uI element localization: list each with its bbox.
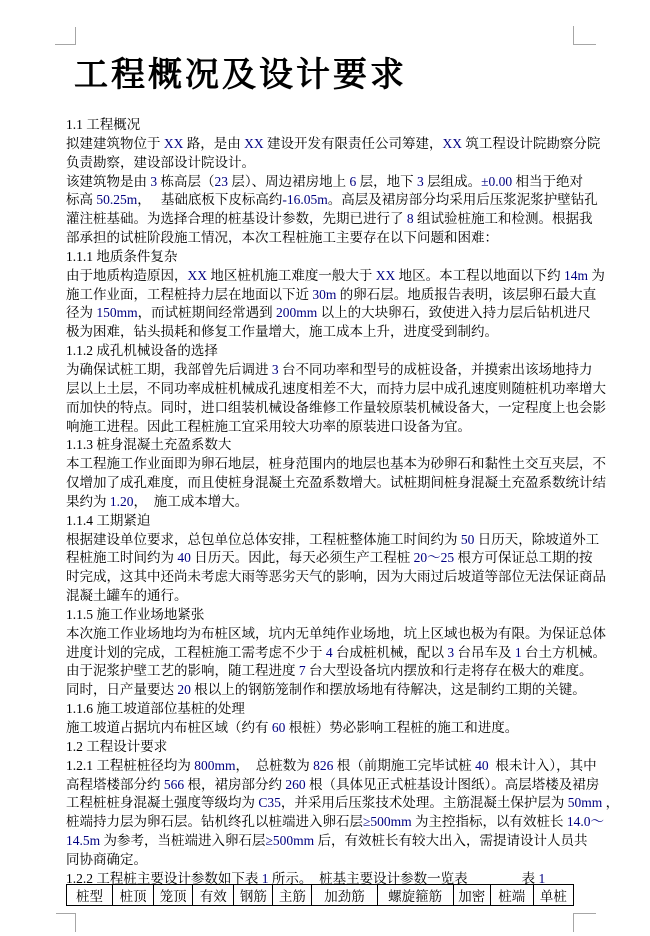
table-header-cell: 桩端: [490, 885, 533, 906]
paragraph-line: 14.5m 为参考，当桩端进入卵石层≥500mm 后，有效桩长有较大出入，需提请…: [66, 832, 596, 851]
page-title: 工程概况及设计要求: [74, 54, 407, 98]
numeric-text: 20: [177, 682, 191, 697]
table-header-cell: 主筋: [273, 885, 312, 906]
table-header-cell: 钢筋: [234, 885, 273, 906]
paragraph-line: 标高 50.25m， 基础底板下皮标高约-16.05m。高层及裙房部分均采用后压…: [66, 191, 596, 210]
numeric-text: 7: [299, 663, 306, 678]
numeric-text: XX: [376, 268, 396, 283]
paragraph-line: 同时，日产量要达 20 根以上的钢筋笼制作和摆放场地有待解决，这是制约工期的关键…: [66, 681, 596, 700]
paragraph-line: 响施工进程。因此工程桩施工宜采用较大功率的原装进口设备为宜。: [66, 418, 596, 437]
numeric-text: 23: [215, 174, 229, 189]
table-header-cell: 单桩: [533, 885, 573, 906]
paragraph-line: 负责勘察，建设部设计院设计。: [66, 154, 596, 173]
numeric-text: XX: [443, 136, 463, 151]
paragraph-line: 而加快的特点。同时，进口组装机械设备维修工作量较原装机械设备大，一定程度上也会影: [66, 399, 596, 418]
numeric-text: 150mm: [96, 305, 137, 320]
section-heading-line: 1.2 工程设计要求: [66, 738, 596, 757]
section-heading-line: 1.1 工程概况: [66, 116, 596, 135]
numeric-text: ±0.00: [481, 174, 512, 189]
section-heading-line: 1.2.1 工程桩桩径均为 800mm， 总桩数为 826 根（前期施工完毕试桩…: [66, 757, 596, 776]
paragraph-line: 仅增加了成孔难度，而且使桩身混凝土充盈系数增大。试桩期间桩身混凝土充盈系数统计结: [66, 474, 596, 493]
numeric-text: 40: [177, 550, 191, 565]
paragraph-line: 层以上土层，不同功率成桩机械成孔速度相差不大，而持力层中成孔速度则随桩机功率增大: [66, 380, 596, 399]
table-header-cell: 笼顶: [154, 885, 193, 906]
text-boundary-corner-icon: [56, 913, 76, 932]
paragraph-line: 该建筑物是由 3 栋高层（23 层）、周边裙房地上 6 层，地下 3 层组成。±…: [66, 173, 596, 192]
numeric-text: 1: [515, 645, 522, 660]
numeric-text: XX: [244, 136, 264, 151]
numeric-text: -16.05m: [282, 192, 327, 207]
section-heading-line: 1.1.6 施工坡道部位基桩的处理: [66, 700, 596, 719]
paragraph-line: 桩端持力层为卵石层。钻机终孔以桩端进入卵石层≥500mm 为主控指标，以有效桩长…: [66, 813, 596, 832]
numeric-text: 3: [150, 174, 157, 189]
paragraph-line: 同协商确定。: [66, 851, 596, 870]
table-header-cell: 有效: [193, 885, 234, 906]
numeric-text: 800mm: [194, 758, 235, 773]
paragraph-line: 混凝土罐车的通行。: [66, 587, 596, 606]
paragraph-line: 果约为 1.20， 施工成本增大。: [66, 493, 596, 512]
numeric-text: XX: [188, 268, 208, 283]
numeric-text: 50: [461, 532, 475, 547]
text-boundary-corner-icon: [573, 26, 596, 45]
paragraph-line: 拟建建筑物位于 XX 路，是由 XX 建设开发有限责任公司筹建，XX 筑工程设计…: [66, 135, 596, 154]
paragraph-line: 由于泥浆护壁工艺的影响，随工程进度 7 台大型设备坑内摆放和行走将存在极大的难度…: [66, 662, 596, 681]
paragraph-line: 程桩施工时间约为 40 日历天。因此，每天必须生产工程桩 20～25 根方可保证…: [66, 549, 596, 568]
numeric-text: 3: [417, 174, 424, 189]
paragraph-line: 本工程施工作业面即为卵石地层，桩身范围内的地层也基本为砂卵石和黏性土交互夹层，不: [66, 455, 596, 474]
numeric-text: 50mm: [568, 795, 603, 810]
paragraph-line: 本次施工作业场地均为布桩区域，坑内无单纯作业场地，坑上区域也极为有限。为保证总体: [66, 625, 596, 644]
numeric-text: 6: [350, 174, 357, 189]
paragraph-line: 为确保试桩工期，我部曾先后调进 3 台不同功率和型号的成桩设备，并摸索出该场地持…: [66, 361, 596, 380]
section-heading-line: 1.1.3 桩身混凝土充盈系数大: [66, 436, 596, 455]
paragraph-line: 灌注桩基础。为选择合理的桩基设计参数，先期已进行了 8 组试验桩施工和检测。根据…: [66, 210, 596, 229]
paragraph-line: 根据建设单位要求，总包单位总体安排，工程桩整体施工时间约为 50 日历天，除坡道…: [66, 531, 596, 550]
numeric-text: 50.25m: [96, 192, 137, 207]
numeric-text: 40: [475, 758, 489, 773]
numeric-text: 260: [285, 777, 305, 792]
paragraph-line: 施工作业面，工程桩持力层在地面以下近 30m 的卵石层。地质报告表明，该层卵石最…: [66, 286, 596, 305]
numeric-text: 30m: [312, 287, 336, 302]
numeric-text: C35: [258, 795, 281, 810]
paragraph-line: 由于地质构造原因，XX 地区桩机施工难度一般大于 XX 地区。本工程以地面以下约…: [66, 267, 596, 286]
table-header-cell: 桩顶: [113, 885, 154, 906]
paragraph-line: 工程桩桩身混凝土强度等级均为 C35，并采用后压浆技术处理。主筋混凝土保护层为 …: [66, 794, 596, 813]
table-header-cell: 加劲筋: [312, 885, 377, 906]
document-page: 工程概况及设计要求 1.1 工程概况拟建建筑物位于 XX 路，是由 XX 建设开…: [0, 0, 650, 936]
numeric-text: 8: [407, 211, 414, 226]
text-boundary-corner-icon: [55, 27, 76, 45]
paragraph-line: 施工坡道占据坑内布桩区域（约有 60 根桩）势必影响工程桩的施工和进度。: [66, 719, 596, 738]
table-header-cell: 加密: [453, 885, 490, 906]
text-boundary-corner-icon: [573, 913, 596, 932]
numeric-text: ≥500mm: [363, 814, 412, 829]
document-body: 1.1 工程概况拟建建筑物位于 XX 路，是由 XX 建设开发有限责任公司筹建，…: [66, 116, 596, 889]
paragraph-line: 径为 150mm，而试桩期间经常遇到 200mm 以上的大块卵石，致使进入持力层…: [66, 304, 596, 323]
numeric-text: 14.5m: [66, 833, 100, 848]
section-heading-line: 1.1.2 成孔机械设备的选择: [66, 342, 596, 361]
table-header-cell: 螺旋箍筋: [377, 885, 453, 906]
numeric-text: 1.20: [110, 494, 134, 509]
numeric-text: 200mm: [276, 305, 317, 320]
section-heading-line: 1.1.1 地质条件复杂: [66, 248, 596, 267]
pile-parameters-table: 桩型桩顶笼顶有效钢筋主筋加劲筋螺旋箍筋加密桩端单桩: [66, 884, 574, 906]
numeric-text: 826: [313, 758, 333, 773]
paragraph-line: 部承担的试桩阶段施工情况，本次工程桩施工主要存在以下问题和困难：: [66, 229, 596, 248]
numeric-text: 14.0～: [567, 814, 604, 829]
table-header-cell: 桩型: [67, 885, 113, 906]
section-heading-line: 1.1.5 施工作业场地紧张: [66, 606, 596, 625]
numeric-text: 4: [326, 645, 333, 660]
numeric-text: 3: [272, 362, 279, 377]
paragraph-line: 极为困难，钻头损耗和修复工作量增大，施工成本上升，进度受到制约。: [66, 323, 596, 342]
table-header-row: 桩型桩顶笼顶有效钢筋主筋加劲筋螺旋箍筋加密桩端单桩: [67, 885, 574, 906]
paragraph-line: 时完成，这其中还尚未考虑大雨等恶劣天气的影响，因为大雨过后坡道等部位无法保证商品: [66, 568, 596, 587]
numeric-text: 566: [164, 777, 184, 792]
numeric-text: 20～25: [414, 550, 455, 565]
numeric-text: 3: [447, 645, 454, 660]
numeric-text: XX: [164, 136, 184, 151]
numeric-text: ≥500mm: [266, 833, 315, 848]
section-heading-line: 1.1.4 工期紧迫: [66, 512, 596, 531]
paragraph-line: 高程塔楼部分约 566 根，裙房部分约 260 根（具体见正式桩基设计图纸）。高…: [66, 776, 596, 795]
numeric-text: 14m: [564, 268, 588, 283]
numeric-text: 60: [272, 720, 286, 735]
paragraph-line: 进度计划的完成，工程桩施工需考虑不少于 4 台成桩机械，配以 3 台吊车及 1 …: [66, 644, 596, 663]
